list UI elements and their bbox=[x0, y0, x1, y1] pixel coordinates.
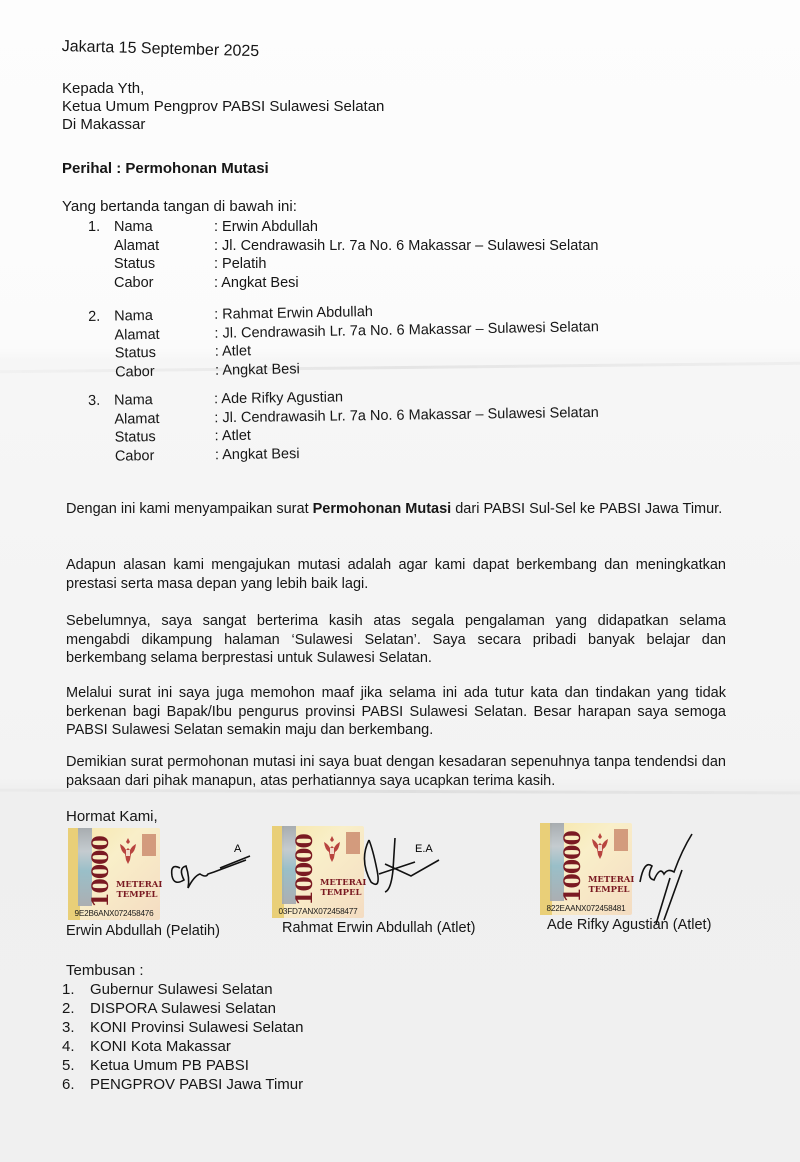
signature-icon bbox=[630, 830, 710, 930]
stamp-label-bottom: TEMPEL bbox=[320, 888, 362, 898]
garuda-emblem-icon bbox=[320, 834, 344, 864]
signatory-sport: : Angkat Besi bbox=[215, 360, 300, 380]
label-status: Status bbox=[115, 343, 215, 363]
recipient-block: Kepada Yth, Ketua Umum Pengprov PABSI Su… bbox=[62, 80, 384, 134]
stamp-label-top: METERAI bbox=[588, 875, 630, 885]
label-status: Status bbox=[114, 255, 214, 274]
signatory-block: 3.Nama: Ade Rifky Agustian Alamat: Jl. C… bbox=[88, 385, 599, 466]
stamp-value: 10000 bbox=[292, 834, 318, 906]
list-item: 4.KONI Kota Makassar bbox=[62, 1037, 303, 1056]
stamp-label-bottom: TEMPEL bbox=[116, 890, 158, 900]
label-address: Alamat bbox=[114, 324, 214, 344]
stamp-serial: 03FD7ANX072458477 bbox=[272, 907, 364, 916]
stamp-pattern bbox=[142, 834, 156, 856]
svg-text:A: A bbox=[234, 843, 242, 855]
svg-text:E.A: E.A bbox=[415, 843, 433, 855]
paragraph-request: Dengan ini kami menyampaikan surat Permo… bbox=[66, 500, 726, 519]
signatory-name: : Erwin Abdullah bbox=[214, 218, 318, 237]
paragraph-gratitude: Sebelumnya, saya sangat berterima kasih … bbox=[66, 612, 726, 668]
label-status: Status bbox=[115, 427, 215, 447]
cc-title: Tembusan : bbox=[66, 962, 144, 979]
signatory-number: 2. bbox=[88, 308, 114, 327]
meterai-stamp: 10000 METERAITEMPEL 9E2B6ANX072458476 bbox=[68, 828, 160, 920]
intro-line: Yang bertanda tangan di bawah ini: bbox=[62, 198, 297, 215]
signatory-status: : Atlet bbox=[215, 427, 252, 446]
list-text: Gubernur Sulawesi Selatan bbox=[90, 980, 273, 999]
label-sport: Cabor bbox=[115, 361, 215, 381]
stamp-value: 10000 bbox=[88, 836, 114, 908]
meterai-stamp: 10000 METERAITEMPEL 03FD7ANX072458477 bbox=[272, 826, 364, 918]
list-item: 1.Gubernur Sulawesi Selatan bbox=[62, 980, 303, 999]
paragraph-text: Dengan ini kami menyampaikan surat bbox=[66, 501, 313, 517]
label-address: Alamat bbox=[114, 409, 214, 429]
list-number: 1. bbox=[62, 980, 90, 999]
signatory-address: : Jl. Cendrawasih Lr. 7a No. 6 Makassar … bbox=[214, 237, 598, 256]
list-item: 5.Ketua Umum PB PABSI bbox=[62, 1056, 303, 1075]
cc-list: 1.Gubernur Sulawesi Selatan 2.DISPORA Su… bbox=[62, 980, 303, 1094]
label-name: Nama bbox=[114, 306, 214, 326]
signatory-sport: : Angkat Besi bbox=[214, 274, 299, 293]
stamp-serial: 9E2B6ANX072458476 bbox=[68, 909, 160, 918]
recipient-location: Di Makassar bbox=[62, 116, 384, 134]
list-text: Ketua Umum PB PABSI bbox=[90, 1056, 249, 1075]
garuda-emblem-icon bbox=[588, 831, 612, 861]
list-number: 3. bbox=[62, 1018, 90, 1037]
signature-icon: A bbox=[150, 838, 270, 898]
paragraph-apology: Melalui surat ini saya juga memohon maaf… bbox=[66, 684, 726, 740]
recipient-title: Ketua Umum Pengprov PABSI Sulawesi Selat… bbox=[62, 98, 384, 116]
letter-subject: Perihal : Permohonan Mutasi bbox=[62, 160, 269, 177]
stamp-label-bottom: TEMPEL bbox=[588, 885, 630, 895]
paragraph-emphasis: Permohonan Mutasi bbox=[313, 501, 452, 517]
list-text: KONI Provinsi Sulawesi Selatan bbox=[90, 1018, 303, 1037]
list-text: PENGPROV PABSI Jawa Timur bbox=[90, 1075, 303, 1094]
list-text: DISPORA Sulawesi Selatan bbox=[90, 999, 276, 1018]
list-number: 6. bbox=[62, 1075, 90, 1094]
paragraph-closing: Demikian surat permohonan mutasi ini say… bbox=[66, 753, 726, 790]
signatory-block: 2.Nama: Rahmat Erwin Abdullah Alamat: Jl… bbox=[88, 299, 600, 382]
label-sport: Cabor bbox=[114, 274, 214, 293]
stamp-pattern bbox=[346, 832, 360, 854]
list-number: 2. bbox=[62, 999, 90, 1018]
stamp-serial: 822EAANX072458481 bbox=[540, 904, 632, 913]
signer-name: Erwin Abdullah (Pelatih) bbox=[66, 923, 220, 939]
stamp-pattern bbox=[614, 829, 628, 851]
letter-date: Jakarta 15 September 2025 bbox=[62, 38, 260, 61]
paragraph-text: dari PABSI Sul-Sel ke PABSI Jawa Timur. bbox=[451, 501, 722, 517]
list-text: KONI Kota Makassar bbox=[90, 1037, 231, 1056]
label-name: Nama bbox=[114, 218, 214, 237]
signer-name: Ade Rifky Agustian (Atlet) bbox=[547, 917, 711, 933]
recipient-salutation: Kepada Yth, bbox=[62, 80, 384, 98]
stamp-label-top: METERAI bbox=[116, 880, 158, 890]
meterai-stamp: 10000 METERAITEMPEL 822EAANX072458481 bbox=[540, 823, 632, 915]
list-item: 3.KONI Provinsi Sulawesi Selatan bbox=[62, 1018, 303, 1037]
list-number: 5. bbox=[62, 1056, 90, 1075]
signatory-sport: : Angkat Besi bbox=[215, 445, 300, 465]
list-item: 6.PENGPROV PABSI Jawa Timur bbox=[62, 1075, 303, 1094]
signatory-number: 3. bbox=[88, 392, 114, 411]
garuda-emblem-icon bbox=[116, 836, 140, 866]
signatory-status: : Atlet bbox=[215, 342, 252, 361]
label-address: Alamat bbox=[114, 237, 214, 256]
signatory-block: 1.Nama: Erwin Abdullah Alamat: Jl. Cendr… bbox=[88, 218, 598, 292]
stamp-value: 10000 bbox=[560, 831, 586, 903]
stamp-label-top: METERAI bbox=[320, 878, 362, 888]
signatory-number: 1. bbox=[88, 218, 114, 237]
closing-salutation: Hormat Kami, bbox=[66, 808, 158, 825]
list-number: 4. bbox=[62, 1037, 90, 1056]
signer-name: Rahmat Erwin Abdullah (Atlet) bbox=[282, 920, 475, 936]
paragraph-reason: Adapun alasan kami mengajukan mutasi ada… bbox=[66, 556, 726, 593]
list-item: 2.DISPORA Sulawesi Selatan bbox=[62, 999, 303, 1018]
label-name: Nama bbox=[114, 390, 214, 410]
signatory-status: : Pelatih bbox=[214, 255, 266, 274]
signature-icon: E.A bbox=[355, 830, 465, 900]
label-sport: Cabor bbox=[115, 446, 215, 466]
signatory-name: : Ade Rifky Agustian bbox=[214, 388, 343, 408]
letter-page: Jakarta 15 September 2025 Kepada Yth, Ke… bbox=[0, 0, 800, 1162]
